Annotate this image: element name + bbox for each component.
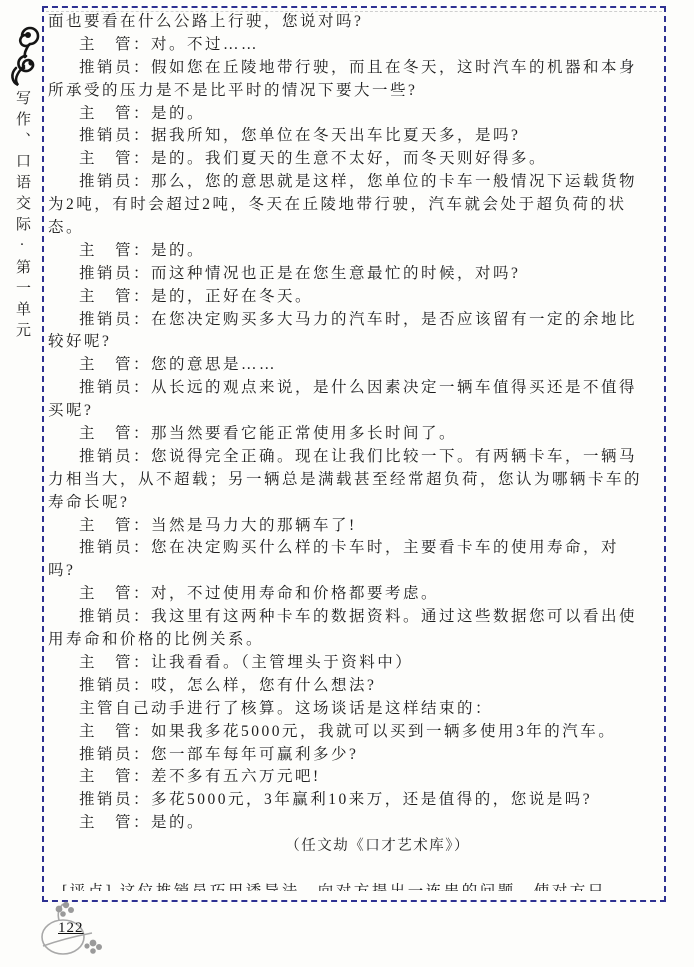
dialogue-line: 主 管：是的。我们夏天的生意不太好，而冬天则好得多。	[48, 148, 660, 171]
dialogue-line: 主 管：让我看看。（主管埋头于资料中）	[48, 652, 660, 675]
dialogue-line: 面也要看在什么公路上行驶，您说对吗?	[48, 11, 660, 34]
dialogue-line: 力相当大，从不超载；另一辆总是满载甚至经常超负荷，您认为哪辆卡车的	[48, 469, 660, 492]
dialogue-line: 主 管：当然是马力大的那辆车了!	[48, 515, 660, 538]
dialogue-line: 推销员：在您决定购买多大马力的汽车时，是否应该留有一定的余地比	[48, 309, 660, 332]
dialogue-line: 推销员：哎，怎么样，您有什么想法?	[48, 675, 660, 698]
source-attribution: （任文劫《口才艺术库》）	[48, 835, 660, 858]
dialogue-line: 推销员：您一部车每年可赢利多少?	[48, 744, 660, 767]
dialogue-lines: 面也要看在什么公路上行驶，您说对吗?主 管：对。不过……推销员：假如您在丘陵地带…	[48, 11, 660, 835]
dialogue-line: 态。	[48, 217, 660, 240]
dialogue-line: 所承受的压力是不是比平时的情况下要大一些?	[48, 80, 660, 103]
dialogue-line: 为2吨，有时会超过2吨，冬天在丘陵地带行驶，汽车就会处于超负荷的状	[48, 194, 660, 217]
dialogue-line: 主 管：是的。	[48, 240, 660, 263]
floral-vine-icon	[4, 22, 44, 93]
dialogue-line: 推销员：您说得完全正确。现在让我们比较一下。有两辆卡车，一辆马	[48, 446, 660, 469]
dialogue-line: 寿命长呢?	[48, 492, 660, 515]
dialogue-line: 推销员：而这种情况也正是在您生意最忙的时候，对吗?	[48, 263, 660, 286]
dialogue-line: 推销员：您在决定购买什么样的卡车时，主要看卡车的使用寿命，对	[48, 537, 660, 560]
page-footer: 122	[30, 898, 150, 964]
dialogue-line: 主 管：是的。	[48, 812, 660, 835]
dialogue-line: 推销员：假如您在丘陵地带行驶，而且在冬天，这时汽车的机器和本身	[48, 57, 660, 80]
dialogue-line: 推销员：据我所知，您单位在冬天出车比夏天多，是吗?	[48, 125, 660, 148]
dialogue-line: 用寿命和价格的比例关系。	[48, 629, 660, 652]
dialogue-line: 主 管：对，不过使用寿命和价格都要考虑。	[48, 583, 660, 606]
dialogue-line: 主 管：对。不过……	[48, 34, 660, 57]
page-number: 122	[58, 920, 84, 937]
dialogue-line: 主 管：差不多有五六万元吧!	[48, 766, 660, 789]
dialogue-line: 主管自己动手进行了核算。这场谈话是这样结束的：	[48, 698, 660, 721]
dialogue-line: 主 管：那当然要看它能正常使用多长时间了。	[48, 423, 660, 446]
book-page: { "document": { "colors": { "border": "#…	[0, 0, 694, 967]
editor-comment: [评点] 这位推销员巧用诱导法，向对方提出一连串的问题，使对方只	[48, 881, 660, 891]
dialogue-line: 推销员：多花5000元，3年赢利10来万，还是值得的，您说是吗?	[48, 789, 660, 812]
dialogue-line: 推销员：我这里有这两种卡车的数据资料。通过这些数据您可以看出使	[48, 606, 660, 629]
dialogue-line: 主 管：如果我多花5000元，我就可以买到一辆多使用3年的汽车。	[48, 721, 660, 744]
dialogue-text-block: 面也要看在什么公路上行驶，您说对吗?主 管：对。不过……推销员：假如您在丘陵地带…	[48, 11, 660, 891]
dialogue-line: 吗?	[48, 560, 660, 583]
dialogue-line: 推销员：从长远的观点来说，是什么因素决定一辆车值得买还是不值得	[48, 377, 660, 400]
sidebar-unit-label: 写作、口语交际·第一单元	[12, 90, 33, 320]
dialogue-line: 较好呢?	[48, 331, 660, 354]
dialogue-line: 主 管：您的意思是……	[48, 354, 660, 377]
dialogue-line: 推销员：那么，您的意思就是这样，您单位的卡车一般情况下运载货物	[48, 171, 660, 194]
dialogue-line: 买呢?	[48, 400, 660, 423]
dialogue-line: 主 管：是的，正好在冬天。	[48, 286, 660, 309]
dialogue-line: 主 管：是的。	[48, 103, 660, 126]
